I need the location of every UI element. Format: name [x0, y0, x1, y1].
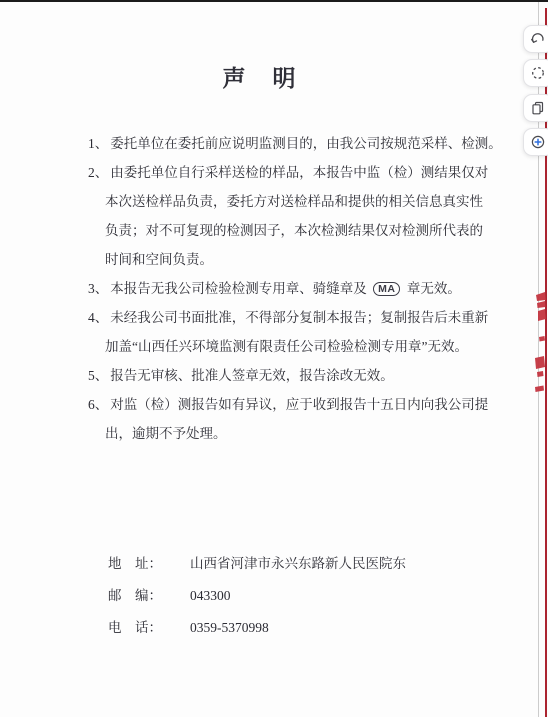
statement-line: 4、未经我公司书面批准，不得部分复制本报告；复制报告后未重新: [88, 303, 502, 332]
contact-row: 地 址：山西省河津市永兴东路新人民医院东: [108, 548, 406, 580]
red-seal-fragment: [530, 288, 548, 403]
statement-line: 负责；对不可复现的检测因子，本次检测结果仅对检测所代表的: [88, 216, 502, 245]
item-number: 6、: [88, 390, 108, 419]
item-number: 3、: [88, 274, 108, 303]
document-page: 声 明 1、委托单位在委托前应说明监测目的，由我公司按规范采样、检测。2、由委托…: [0, 0, 548, 717]
contact-value: 043300: [190, 588, 231, 603]
top-edge-line: [0, 0, 548, 2]
statement-line: 本次送检样品负责，委托方对送检样品和提供的相关信息真实性: [88, 187, 502, 216]
item-number: 5、: [88, 361, 108, 390]
statement-item: 2、由委托单位自行采样送检的样品，本报告中监（检）测结果仅对本次送检样品负责，委…: [88, 158, 502, 274]
contact-row: 邮 编：043300: [108, 580, 406, 612]
statement-line: 时间和空间负责。: [88, 245, 502, 274]
contact-label: 邮 编：: [108, 580, 162, 612]
contact-value: 0359-5370998: [190, 620, 269, 635]
statement-line: 6、对监（检）测报告如有异议，应于收到报告十五日内向我公司提: [88, 390, 502, 419]
page-title: 声 明: [0, 60, 520, 93]
statement-line: 出，逾期不予处理。: [88, 419, 502, 448]
statement-line: 加盖“山西任兴环境监测有限责任公司检验检测专用章”无效。: [88, 332, 502, 361]
statement-item: 5、报告无审核、批准人签章无效，报告涂改无效。: [88, 361, 502, 390]
statement-line: 2、由委托单位自行采样送检的样品，本报告中监（检）测结果仅对: [88, 158, 502, 187]
contact-value: 山西省河津市永兴东路新人民医院东: [190, 556, 406, 571]
statement-item: 1、委托单位在委托前应说明监测目的，由我公司按规范采样、检测。: [88, 129, 502, 158]
cma-mark: MA: [373, 282, 400, 296]
rotate-dashed-circle-icon: [530, 65, 546, 81]
statement-item: 6、对监（检）测报告如有异议，应于收到报告十五日内向我公司提出，逾期不予处理。: [88, 390, 502, 448]
statement-list: 1、委托单位在委托前应说明监测目的，由我公司按规范采样、检测。2、由委托单位自行…: [88, 129, 502, 448]
item-number: 2、: [88, 158, 108, 187]
undo-arrow-icon: [530, 31, 546, 47]
contact-label: 电 话：: [108, 612, 162, 644]
copy-pages-button[interactable]: [523, 94, 548, 122]
contact-row: 电 话：0359-5370998: [108, 612, 406, 644]
rotate-dashed-circle-button[interactable]: [523, 59, 548, 87]
statement-item: 3、本报告无我公司检验检测专用章、骑缝章及 MA 章无效。: [88, 274, 502, 303]
copy-pages-icon: [530, 100, 546, 116]
statement-item: 4、未经我公司书面批准，不得部分复制本报告；复制报告后未重新加盖“山西任兴环境监…: [88, 303, 502, 361]
statement-line: 1、委托单位在委托前应说明监测目的，由我公司按规范采样、检测。: [88, 129, 502, 158]
statement-line: 3、本报告无我公司检验检测专用章、骑缝章及 MA 章无效。: [88, 274, 502, 303]
item-number: 4、: [88, 303, 108, 332]
zoom-in-plus-icon: [530, 134, 546, 150]
zoom-in-plus-button[interactable]: [523, 128, 548, 156]
contact-block: 地 址：山西省河津市永兴东路新人民医院东邮 编：043300电 话：0359-5…: [108, 548, 406, 644]
item-number: 1、: [88, 129, 108, 158]
statement-line: 5、报告无审核、批准人签章无效，报告涂改无效。: [88, 361, 502, 390]
contact-label: 地 址：: [108, 548, 162, 580]
undo-arrow-button[interactable]: [523, 25, 548, 53]
